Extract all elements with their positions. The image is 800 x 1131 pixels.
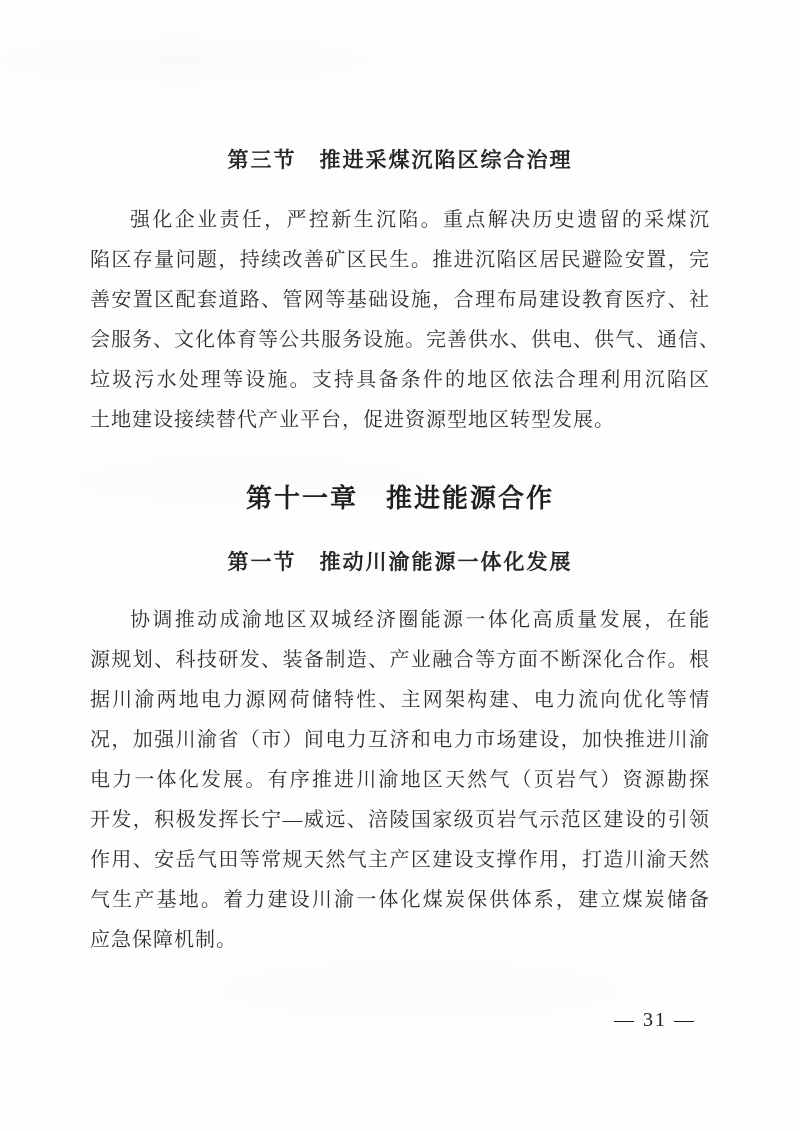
paragraph-1-line: 土地建设接续替代产业平台，促进资源型地区转型发展。 <box>90 400 710 440</box>
paragraph-2-line: 电力一体化发展。有序推进川渝地区天然气（页岩气）资源勘探 <box>90 760 710 800</box>
page-number: — 31 — <box>595 1004 715 1036</box>
paragraph-1-line: 善安置区配套道路、管网等基础设施，合理布局建设教育医疗、社 <box>90 280 710 320</box>
paragraph-2-line: 作用、安岳气田等常规天然气主产区建设支撑作用，打造川渝天然 <box>90 840 710 880</box>
paragraph-2-line: 开发，积极发挥长宁—威远、涪陵国家级页岩气示范区建设的引领 <box>90 800 710 840</box>
paragraph-1-line: 强化企业责任，严控新生沉陷。重点解决历史遗留的采煤沉 <box>90 200 710 240</box>
paragraph-2-line: 据川渝两地电力源网荷储特性、主网架构建、电力流向优化等情 <box>90 680 710 720</box>
paragraph-2-line: 况，加强川渝省（市）间电力互济和电力市场建设，加快推进川渝 <box>90 720 710 760</box>
paragraph-1-line: 垃圾污水处理等设施。支持具备条件的地区依法合理利用沉陷区 <box>90 360 710 400</box>
chapter-heading-11: 第十一章 推进能源合作 <box>0 478 800 515</box>
section-heading-1: 第一节 推动川渝能源一体化发展 <box>0 546 800 576</box>
paragraph-1-line: 陷区存量问题，持续改善矿区民生。推进沉陷区居民避险安置，完 <box>90 240 710 280</box>
paragraph-2-line: 气生产基地。着力建设川渝一体化煤炭保供体系，建立煤炭储备 <box>90 880 710 920</box>
section-heading-3: 第三节 推进采煤沉陷区综合治理 <box>0 144 800 174</box>
paragraph-2-line: 应急保障机制。 <box>90 920 710 960</box>
paragraph-1-line: 会服务、文化体育等公共服务设施。完善供水、供电、供气、通信、 <box>90 320 710 360</box>
document-page: 第三节 推进采煤沉陷区综合治理 强化企业责任，严控新生沉陷。重点解决历史遗留的采… <box>0 0 800 1131</box>
paragraph-2: 协调推动成渝地区双城经济圈能源一体化高质量发展，在能 源规划、科技研发、装备制造… <box>90 600 710 960</box>
paragraph-2-line: 协调推动成渝地区双城经济圈能源一体化高质量发展，在能 <box>90 600 710 640</box>
paragraph-2-line: 源规划、科技研发、装备制造、产业融合等方面不断深化合作。根 <box>90 640 710 680</box>
paragraph-1: 强化企业责任，严控新生沉陷。重点解决历史遗留的采煤沉 陷区存量问题，持续改善矿区… <box>90 200 710 440</box>
